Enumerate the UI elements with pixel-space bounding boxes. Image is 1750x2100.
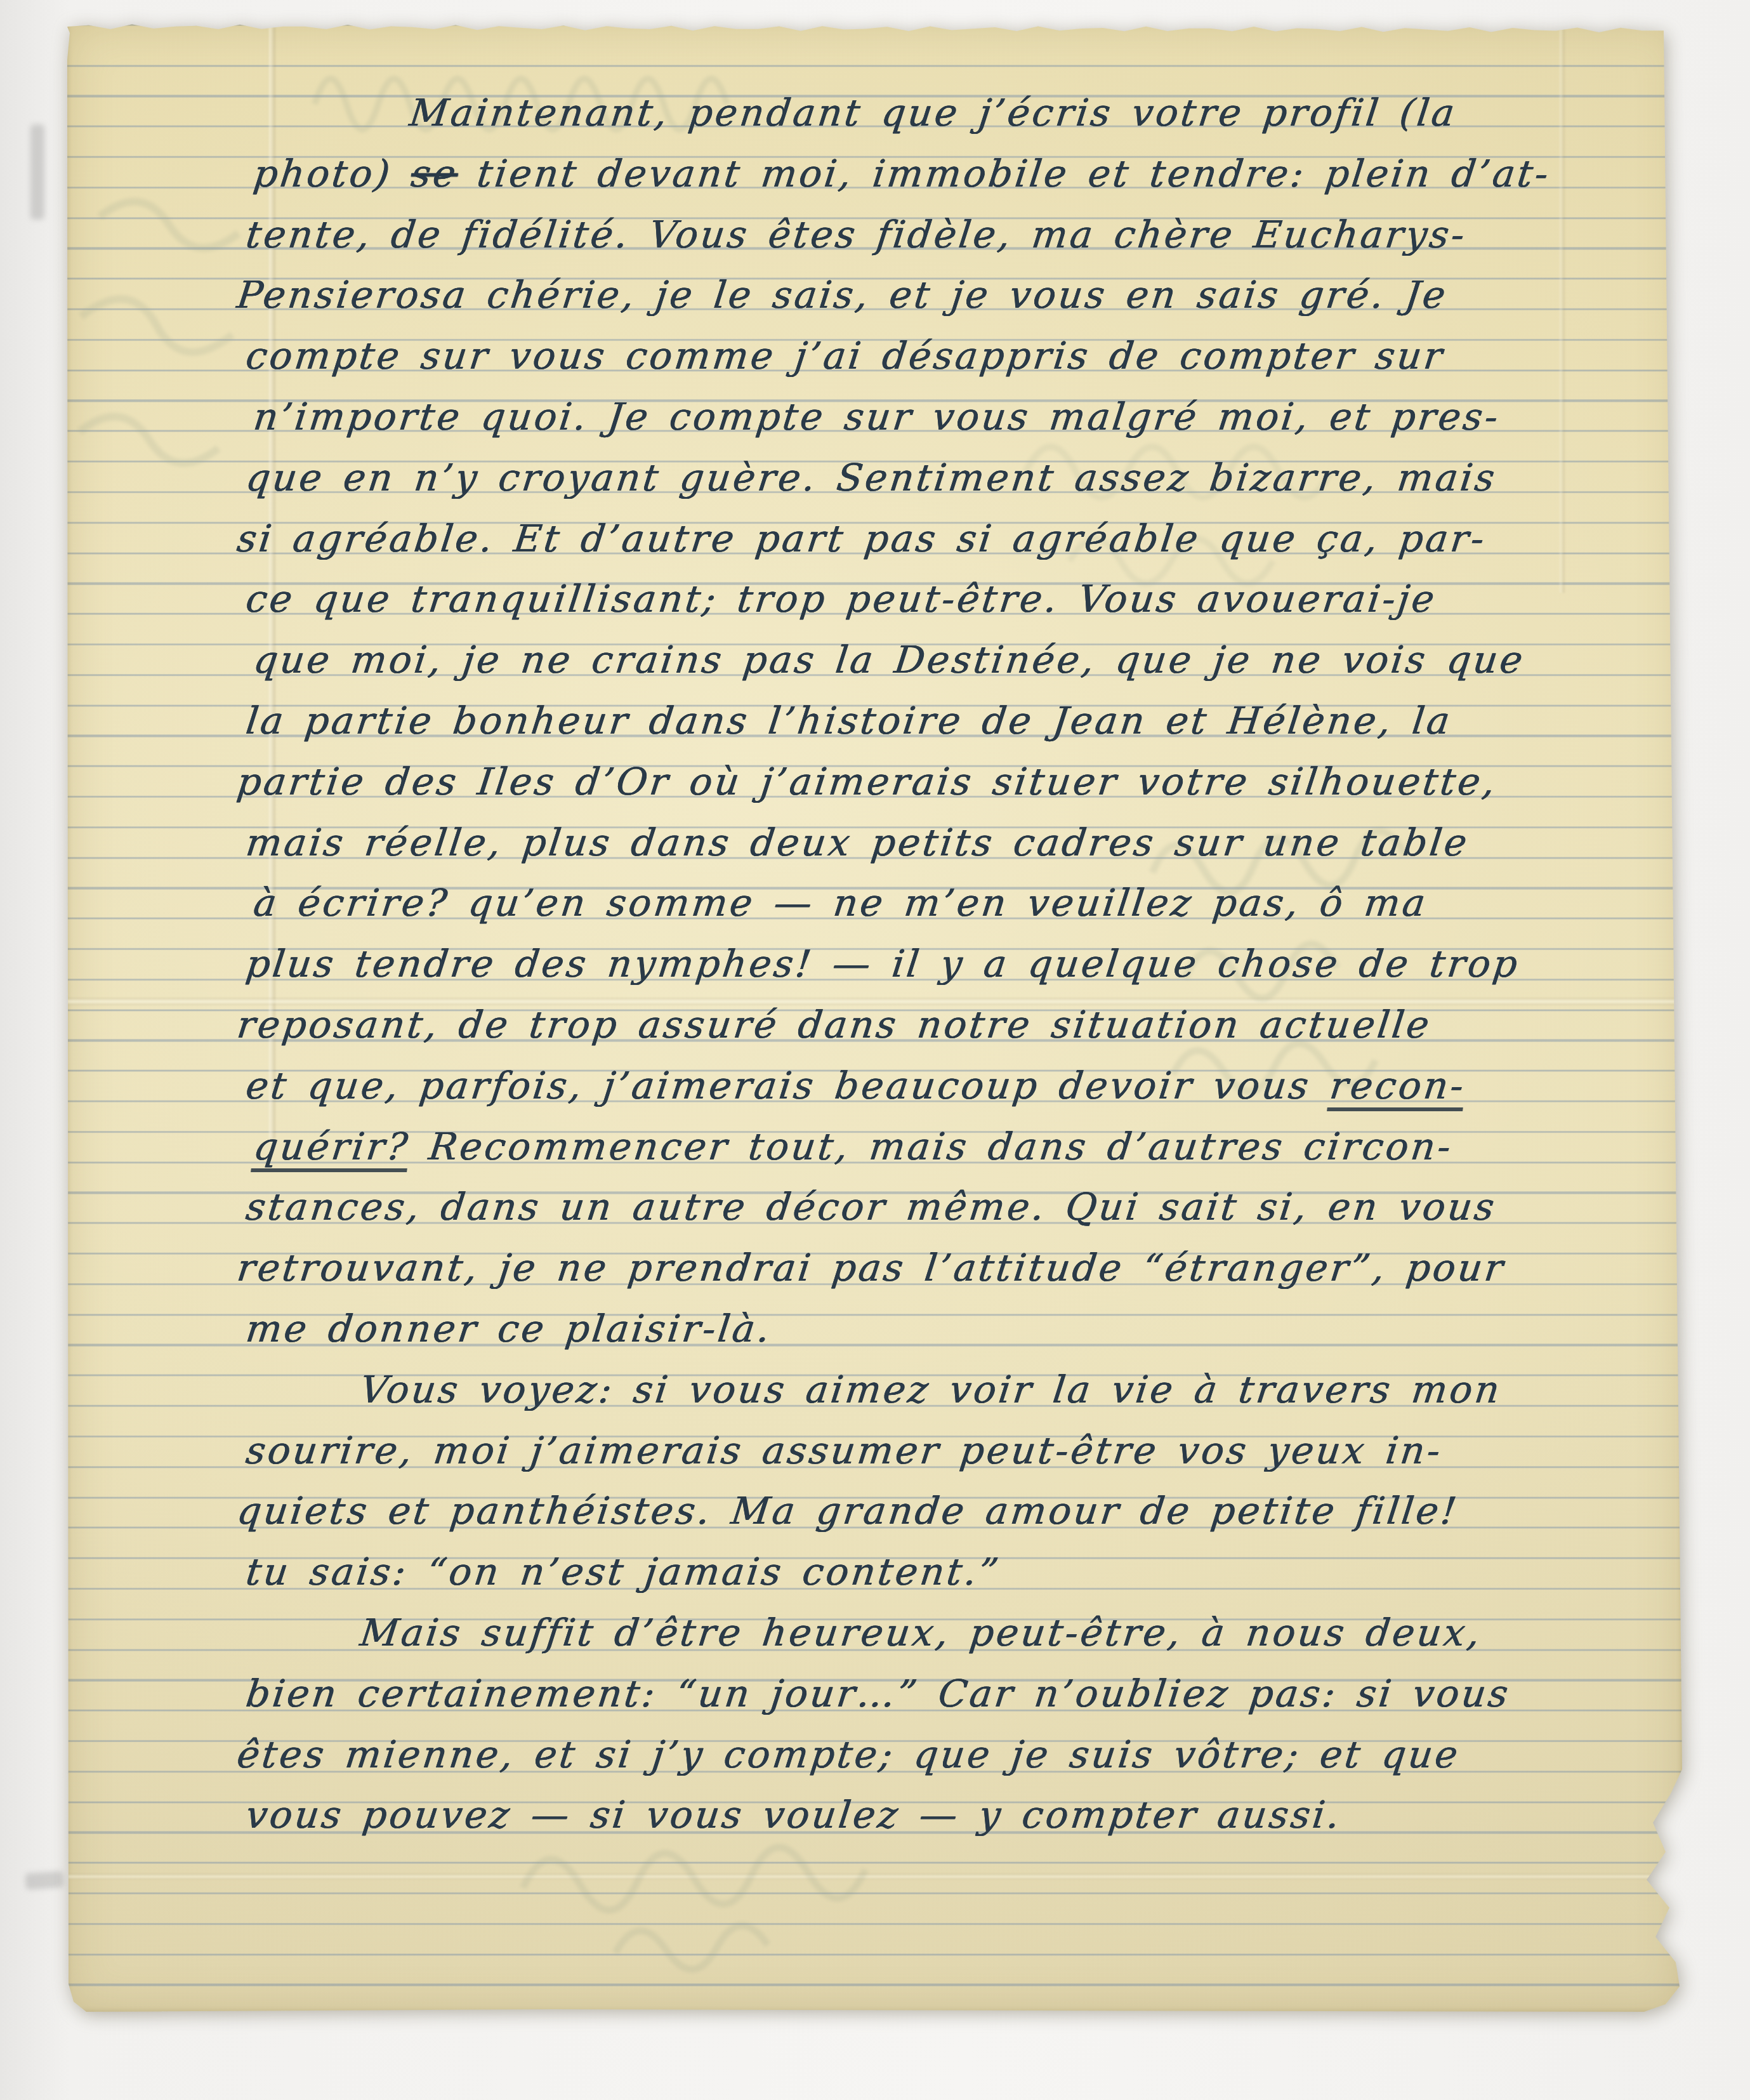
handwritten-text-segment: que moi, je ne crains pas la Destinée, q…	[251, 638, 1527, 682]
handwritten-line: vous pouvez — si vous voulez — y compter…	[67, 1785, 1673, 1846]
handwritten-text-segment: compte sur vous comme j’ai désappris de …	[244, 334, 1447, 378]
handwritten-line: me donner ce plaisir-là.	[67, 1298, 1673, 1359]
handwritten-line: si agréable. Et d’autre part pas si agré…	[67, 508, 1673, 569]
handwritten-line: tente, de fidélité. Vous êtes fidèle, ma…	[67, 204, 1673, 265]
handwritten-text-segment: Maintenant, pendant que j’écris votre pr…	[407, 91, 1459, 135]
handwritten-line: sourire, moi j’aimerais assumer peut-êtr…	[67, 1420, 1673, 1481]
handwritten-line: stances, dans un autre décor même. Qui s…	[67, 1177, 1673, 1238]
handwritten-text-segment: et que, parfois, j’aimerais beaucoup dev…	[244, 1064, 1333, 1107]
handwritten-text-segment: reposant, de trop assuré dans notre situ…	[235, 1003, 1434, 1047]
handwritten-text-segment: tu sais: “on n’est jamais content.”	[244, 1550, 1003, 1594]
handwritten-text-segment: se	[409, 152, 461, 195]
handwritten-text-segment: êtes mienne, et si j’y compte; que je su…	[235, 1733, 1463, 1776]
handwritten-line: quiets et panthéistes. Ma grande amour d…	[67, 1481, 1673, 1542]
handwritten-text-segment: quérir?	[251, 1125, 412, 1172]
handwritten-text-segment: partie des Iles d’Or où j’aimerais situe…	[235, 760, 1500, 803]
handwritten-line: êtes mienne, et si j’y compte; que je su…	[67, 1724, 1673, 1785]
handwritten-line: photo) se tient devant moi, immobile et …	[67, 143, 1673, 204]
handwritten-line: ce que tranquillisant; trop peut-être. V…	[67, 569, 1673, 630]
handwritten-text-segment: recon-	[1327, 1064, 1468, 1111]
handwritten-line: Vous voyez: si vous aimez voir la vie à …	[67, 1359, 1673, 1420]
handwritten-text-segment: Recommencer tout, mais dans d’autres cir…	[407, 1125, 1455, 1168]
handwritten-text-segment: que en n’y croyant guère. Sentiment asse…	[244, 456, 1499, 499]
handwritten-line: Maintenant, pendant que j’écris votre pr…	[67, 83, 1673, 143]
handwritten-text-segment: sourire, moi j’aimerais assumer peut-êtr…	[244, 1429, 1445, 1472]
handwritten-text-segment: Vous voyez: si vous aimez voir la vie à …	[358, 1368, 1504, 1411]
handwritten-text-segment: photo)	[251, 152, 414, 195]
handwritten-text-segment: à écrire? qu’en somme — ne m’en veuillez…	[251, 881, 1430, 925]
handwritten-line: n’importe quoi. Je compte sur vous malgr…	[67, 386, 1673, 447]
handwritten-text-segment: vous pouvez — si vous voulez — y compter…	[244, 1793, 1345, 1837]
scanner-smudge	[25, 1871, 64, 1890]
handwritten-line: bien certainement: “un jour…” Car n’oubl…	[67, 1663, 1673, 1724]
handwritten-text-segment: la partie bonheur dans l’histoire de Jea…	[244, 699, 1454, 743]
handwritten-text-segment: tient devant moi, immobile et tendre: pl…	[455, 152, 1553, 195]
handwritten-line: plus tendre des nymphes! — il y a quelqu…	[67, 934, 1673, 994]
letter-body: Maintenant, pendant que j’écris votre pr…	[67, 83, 1669, 1846]
handwritten-line: mais réelle, plus dans deux petits cadre…	[67, 812, 1673, 873]
handwritten-line: partie des Iles d’Or où j’aimerais situe…	[67, 751, 1673, 812]
handwritten-text-segment: tente, de fidélité. Vous êtes fidèle, ma…	[244, 213, 1470, 256]
handwritten-line: retrouvant, je ne prendrai pas l’attitud…	[67, 1238, 1673, 1298]
handwritten-line: et que, parfois, j’aimerais beaucoup dev…	[67, 1055, 1673, 1116]
handwritten-text-segment: stances, dans un autre décor même. Qui s…	[244, 1185, 1499, 1229]
scanner-background: Maintenant, pendant que j’écris votre pr…	[0, 0, 1750, 2100]
handwritten-text-segment: Mais suffit d’être heureux, peut-être, à…	[358, 1611, 1485, 1654]
letter-page-wrapper: Maintenant, pendant que j’écris votre pr…	[67, 22, 1682, 2012]
handwritten-text-segment: Pensierosa chérie, je le sais, et je vou…	[235, 273, 1451, 317]
fold-crease-horizontal	[67, 1873, 1682, 1880]
handwritten-line: que moi, je ne crains pas la Destinée, q…	[67, 630, 1673, 690]
scanner-smudge	[30, 124, 44, 220]
handwritten-line: reposant, de trop assuré dans notre situ…	[67, 994, 1673, 1055]
handwritten-line: que en n’y croyant guère. Sentiment asse…	[67, 447, 1673, 508]
handwritten-line: Mais suffit d’être heureux, peut-être, à…	[67, 1602, 1673, 1663]
handwritten-text-segment: me donner ce plaisir-là.	[244, 1307, 775, 1350]
handwritten-text-segment: mais réelle, plus dans deux petits cadre…	[244, 821, 1472, 864]
handwritten-text-segment: n’importe quoi. Je compte sur vous malgr…	[251, 395, 1503, 439]
handwritten-line: à écrire? qu’en somme — ne m’en veuillez…	[67, 873, 1673, 934]
handwritten-line: Pensierosa chérie, je le sais, et je vou…	[67, 265, 1673, 326]
handwritten-line: quérir? Recommencer tout, mais dans d’au…	[67, 1116, 1673, 1177]
handwritten-text-segment: quiets et panthéistes. Ma grande amour d…	[235, 1489, 1461, 1533]
handwritten-line: la partie bonheur dans l’histoire de Jea…	[67, 690, 1673, 751]
handwritten-line: compte sur vous comme j’ai désappris de …	[67, 326, 1673, 386]
handwritten-text-segment: si agréable. Et d’autre part pas si agré…	[235, 517, 1489, 560]
handwritten-line: tu sais: “on n’est jamais content.”	[67, 1542, 1673, 1602]
handwritten-text-segment: retrouvant, je ne prendrai pas l’attitud…	[235, 1246, 1508, 1290]
letter-page: Maintenant, pendant que j’écris votre pr…	[67, 22, 1682, 2012]
handwritten-text-segment: bien certainement: “un jour…” Car n’oubl…	[244, 1672, 1513, 1715]
handwritten-text-segment: plus tendre des nymphes! — il y a quelqu…	[244, 942, 1522, 986]
handwritten-text-segment: ce que tranquillisant; trop peut-être. V…	[244, 577, 1439, 621]
